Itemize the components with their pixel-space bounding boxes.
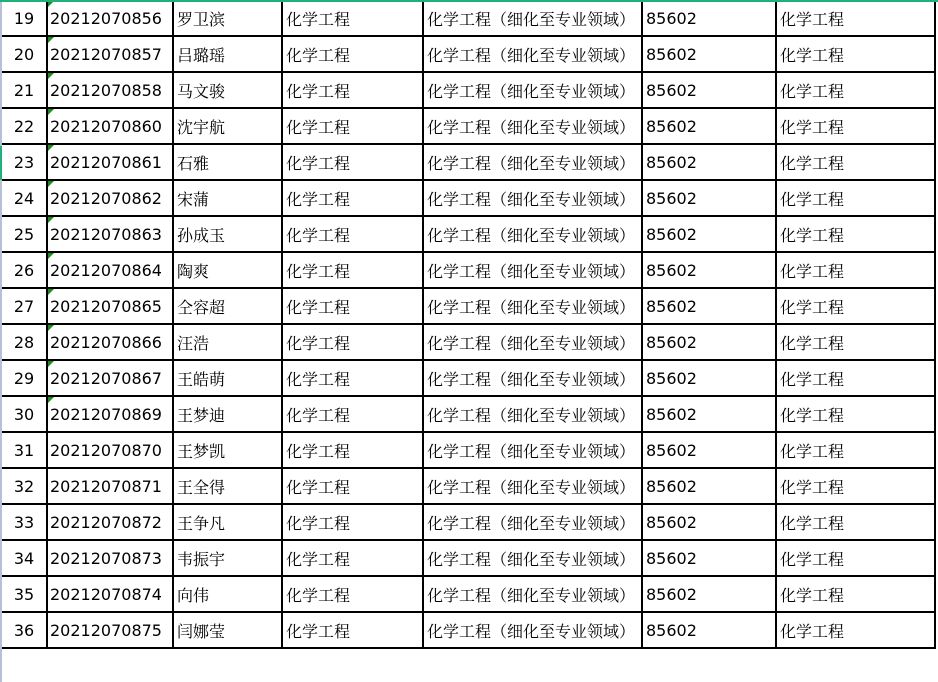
discipline-cell[interactable]: 化学工程 [776, 432, 935, 468]
major-cell[interactable]: 化学工程 [282, 504, 423, 540]
discipline-cell[interactable]: 化学工程 [776, 324, 935, 360]
student-id-cell[interactable]: 20212070866 [47, 324, 173, 360]
selected-row-indicator [0, 146, 2, 180]
row-number-cell[interactable]: 35 [2, 576, 47, 612]
table-row[interactable]: 2220212070860沈宇航化学工程化学工程（细化至专业领域）85602化学… [2, 108, 935, 144]
research-direction-cell[interactable]: 化学工程（细化至专业领域） [423, 36, 642, 72]
discipline-cell[interactable]: 化学工程 [776, 396, 935, 432]
row-number-cell[interactable]: 31 [2, 432, 47, 468]
student-name-cell[interactable]: 王梦凯 [173, 432, 282, 468]
table-row[interactable]: 3320212070872王争凡化学工程化学工程（细化至专业领域）85602化学… [2, 504, 935, 540]
student-id-cell[interactable]: 20212070861 [47, 144, 173, 180]
student-name-cell[interactable]: 王全得 [173, 468, 282, 504]
major-code-cell[interactable]: 85602 [642, 108, 776, 144]
table-body: 1920212070856罗卫滨化学工程化学工程（细化至专业领域）85602化学… [2, 1, 935, 648]
research-direction-cell[interactable]: 化学工程（细化至专业领域） [423, 72, 642, 108]
student-id-cell[interactable]: 20212070870 [47, 432, 173, 468]
row-number-cell[interactable]: 30 [2, 396, 47, 432]
discipline-cell[interactable]: 化学工程 [776, 504, 935, 540]
research-direction-cell[interactable]: 化学工程（细化至专业领域） [423, 252, 642, 288]
table-row[interactable]: 3520212070874向伟化学工程化学工程（细化至专业领域）85602化学工… [2, 576, 935, 612]
research-direction-cell[interactable]: 化学工程（细化至专业领域） [423, 468, 642, 504]
discipline-cell[interactable]: 化学工程 [776, 216, 935, 252]
student-id-cell[interactable]: 20212070875 [47, 612, 173, 648]
student-id-cell[interactable]: 20212070863 [47, 216, 173, 252]
major-cell[interactable]: 化学工程 [282, 252, 423, 288]
table-row[interactable]: 1920212070856罗卫滨化学工程化学工程（细化至专业领域）85602化学… [2, 1, 935, 36]
major-cell[interactable]: 化学工程 [282, 612, 423, 648]
student-name-cell[interactable]: 向伟 [173, 576, 282, 612]
discipline-cell[interactable]: 化学工程 [776, 576, 935, 612]
major-cell[interactable]: 化学工程 [282, 36, 423, 72]
major-code-cell[interactable]: 85602 [642, 324, 776, 360]
row-number-cell[interactable]: 24 [2, 180, 47, 216]
student-id-cell[interactable]: 20212070872 [47, 504, 173, 540]
research-direction-cell[interactable]: 化学工程（细化至专业领域） [423, 504, 642, 540]
student-id-cell[interactable]: 20212070867 [47, 360, 173, 396]
row-number-cell[interactable]: 33 [2, 504, 47, 540]
student-name-cell[interactable]: 马文骏 [173, 72, 282, 108]
major-cell[interactable]: 化学工程 [282, 432, 423, 468]
table-row[interactable]: 2920212070867王皓萌化学工程化学工程（细化至专业领域）85602化学… [2, 360, 935, 396]
major-code-cell[interactable]: 85602 [642, 288, 776, 324]
discipline-cell[interactable]: 化学工程 [776, 144, 935, 180]
student-name-cell[interactable]: 汪浩 [173, 324, 282, 360]
research-direction-cell[interactable]: 化学工程（细化至专业领域） [423, 360, 642, 396]
research-direction-cell[interactable]: 化学工程（细化至专业领域） [423, 612, 642, 648]
row-number-cell[interactable]: 21 [2, 72, 47, 108]
research-direction-cell[interactable]: 化学工程（细化至专业领域） [423, 324, 642, 360]
discipline-cell[interactable]: 化学工程 [776, 180, 935, 216]
major-code-cell[interactable]: 85602 [642, 216, 776, 252]
major-code-cell[interactable]: 85602 [642, 396, 776, 432]
row-number-cell[interactable]: 34 [2, 540, 47, 576]
row-number-cell[interactable]: 19 [2, 1, 47, 36]
row-number-cell[interactable]: 28 [2, 324, 47, 360]
discipline-cell[interactable]: 化学工程 [776, 36, 935, 72]
discipline-cell[interactable]: 化学工程 [776, 252, 935, 288]
major-code-cell[interactable]: 85602 [642, 576, 776, 612]
major-cell[interactable]: 化学工程 [282, 180, 423, 216]
student-name-cell[interactable]: 孙成玉 [173, 216, 282, 252]
research-direction-cell[interactable]: 化学工程（细化至专业领域） [423, 108, 642, 144]
table-row[interactable]: 2620212070864陶爽化学工程化学工程（细化至专业领域）85602化学工… [2, 252, 935, 288]
research-direction-cell[interactable]: 化学工程（细化至专业领域） [423, 396, 642, 432]
table-row[interactable]: 3120212070870王梦凯化学工程化学工程（细化至专业领域）85602化学… [2, 432, 935, 468]
major-cell[interactable]: 化学工程 [282, 1, 423, 36]
major-cell[interactable]: 化学工程 [282, 324, 423, 360]
research-direction-cell[interactable]: 化学工程（细化至专业领域） [423, 1, 642, 36]
major-cell[interactable]: 化学工程 [282, 540, 423, 576]
student-name-cell[interactable]: 沈宇航 [173, 108, 282, 144]
student-name-cell[interactable]: 王皓萌 [173, 360, 282, 396]
research-direction-cell[interactable]: 化学工程（细化至专业领域） [423, 288, 642, 324]
discipline-cell[interactable]: 化学工程 [776, 612, 935, 648]
row-number-cell[interactable]: 29 [2, 360, 47, 396]
student-id-cell[interactable]: 20212070858 [47, 72, 173, 108]
row-number-cell[interactable]: 27 [2, 288, 47, 324]
discipline-cell[interactable]: 化学工程 [776, 72, 935, 108]
major-cell[interactable]: 化学工程 [282, 108, 423, 144]
row-number-cell[interactable]: 22 [2, 108, 47, 144]
major-code-cell[interactable]: 85602 [642, 432, 776, 468]
major-cell[interactable]: 化学工程 [282, 288, 423, 324]
spreadsheet: 1920212070856罗卫滨化学工程化学工程（细化至专业领域）85602化学… [0, 0, 938, 682]
student-name-cell[interactable]: 王争凡 [173, 504, 282, 540]
major-code-cell[interactable]: 85602 [642, 144, 776, 180]
row-number-cell[interactable]: 26 [2, 252, 47, 288]
major-cell[interactable]: 化学工程 [282, 72, 423, 108]
student-name-cell[interactable]: 吕璐瑶 [173, 36, 282, 72]
table-row[interactable]: 2320212070861石雅化学工程化学工程（细化至专业领域）85602化学工… [2, 144, 935, 180]
discipline-cell[interactable]: 化学工程 [776, 1, 935, 36]
major-cell[interactable]: 化学工程 [282, 360, 423, 396]
major-code-cell[interactable]: 85602 [642, 72, 776, 108]
student-id-cell[interactable]: 20212070860 [47, 108, 173, 144]
major-code-cell[interactable]: 85602 [642, 252, 776, 288]
student-id-cell[interactable]: 20212070871 [47, 468, 173, 504]
student-id-cell[interactable]: 20212070865 [47, 288, 173, 324]
student-name-cell[interactable]: 罗卫滨 [173, 1, 282, 36]
table-row[interactable]: 3620212070875闫娜莹化学工程化学工程（细化至专业领域）85602化学… [2, 612, 935, 648]
student-table: 1920212070856罗卫滨化学工程化学工程（细化至专业领域）85602化学… [2, 1, 936, 649]
student-name-cell[interactable]: 陶爽 [173, 252, 282, 288]
major-code-cell[interactable]: 85602 [642, 504, 776, 540]
row-number-cell[interactable]: 20 [2, 36, 47, 72]
row-number-cell[interactable]: 23 [2, 144, 47, 180]
student-name-cell[interactable]: 韦振宇 [173, 540, 282, 576]
student-id-cell[interactable]: 20212070856 [47, 1, 173, 36]
table-row[interactable]: 3420212070873韦振宇化学工程化学工程（细化至专业领域）85602化学… [2, 540, 935, 576]
student-id-cell[interactable]: 20212070869 [47, 396, 173, 432]
research-direction-cell[interactable]: 化学工程（细化至专业领域） [423, 144, 642, 180]
table-row[interactable]: 2420212070862宋蒲化学工程化学工程（细化至专业领域）85602化学工… [2, 180, 935, 216]
major-cell[interactable]: 化学工程 [282, 216, 423, 252]
major-code-cell[interactable]: 85602 [642, 180, 776, 216]
discipline-cell[interactable]: 化学工程 [776, 540, 935, 576]
major-cell[interactable]: 化学工程 [282, 468, 423, 504]
row-number-cell[interactable]: 32 [2, 468, 47, 504]
student-name-cell[interactable]: 石雅 [173, 144, 282, 180]
research-direction-cell[interactable]: 化学工程（细化至专业领域） [423, 540, 642, 576]
table-row[interactable]: 2720212070865仝容超化学工程化学工程（细化至专业领域）85602化学… [2, 288, 935, 324]
student-name-cell[interactable]: 仝容超 [173, 288, 282, 324]
research-direction-cell[interactable]: 化学工程（细化至专业领域） [423, 432, 642, 468]
research-direction-cell[interactable]: 化学工程（细化至专业领域） [423, 576, 642, 612]
row-number-cell[interactable]: 25 [2, 216, 47, 252]
student-id-cell[interactable]: 20212070873 [47, 540, 173, 576]
major-code-cell[interactable]: 85602 [642, 468, 776, 504]
major-code-cell[interactable]: 85602 [642, 540, 776, 576]
major-cell[interactable]: 化学工程 [282, 396, 423, 432]
discipline-cell[interactable]: 化学工程 [776, 468, 935, 504]
student-name-cell[interactable]: 王梦迪 [173, 396, 282, 432]
student-id-cell[interactable]: 20212070864 [47, 252, 173, 288]
table-row[interactable]: 2020212070857吕璐瑶化学工程化学工程（细化至专业领域）85602化学… [2, 36, 935, 72]
discipline-cell[interactable]: 化学工程 [776, 288, 935, 324]
major-code-cell[interactable]: 85602 [642, 1, 776, 36]
table-row[interactable]: 3020212070869王梦迪化学工程化学工程（细化至专业领域）85602化学… [2, 396, 935, 432]
freeze-pane-line [0, 0, 938, 2]
major-code-cell[interactable]: 85602 [642, 612, 776, 648]
row-number-cell[interactable]: 36 [2, 612, 47, 648]
major-code-cell[interactable]: 85602 [642, 36, 776, 72]
student-id-cell[interactable]: 20212070857 [47, 36, 173, 72]
research-direction-cell[interactable]: 化学工程（细化至专业领域） [423, 180, 642, 216]
discipline-cell[interactable]: 化学工程 [776, 108, 935, 144]
research-direction-cell[interactable]: 化学工程（细化至专业领域） [423, 216, 642, 252]
student-name-cell[interactable]: 宋蒲 [173, 180, 282, 216]
major-code-cell[interactable]: 85602 [642, 360, 776, 396]
major-cell[interactable]: 化学工程 [282, 576, 423, 612]
discipline-cell[interactable]: 化学工程 [776, 360, 935, 396]
table-row[interactable]: 2820212070866汪浩化学工程化学工程（细化至专业领域）85602化学工… [2, 324, 935, 360]
student-id-cell[interactable]: 20212070862 [47, 180, 173, 216]
table-row[interactable]: 2120212070858马文骏化学工程化学工程（细化至专业领域）85602化学… [2, 72, 935, 108]
student-id-cell[interactable]: 20212070874 [47, 576, 173, 612]
major-cell[interactable]: 化学工程 [282, 144, 423, 180]
student-name-cell[interactable]: 闫娜莹 [173, 612, 282, 648]
table-row[interactable]: 2520212070863孙成玉化学工程化学工程（细化至专业领域）85602化学… [2, 216, 935, 252]
table-row[interactable]: 3220212070871王全得化学工程化学工程（细化至专业领域）85602化学… [2, 468, 935, 504]
